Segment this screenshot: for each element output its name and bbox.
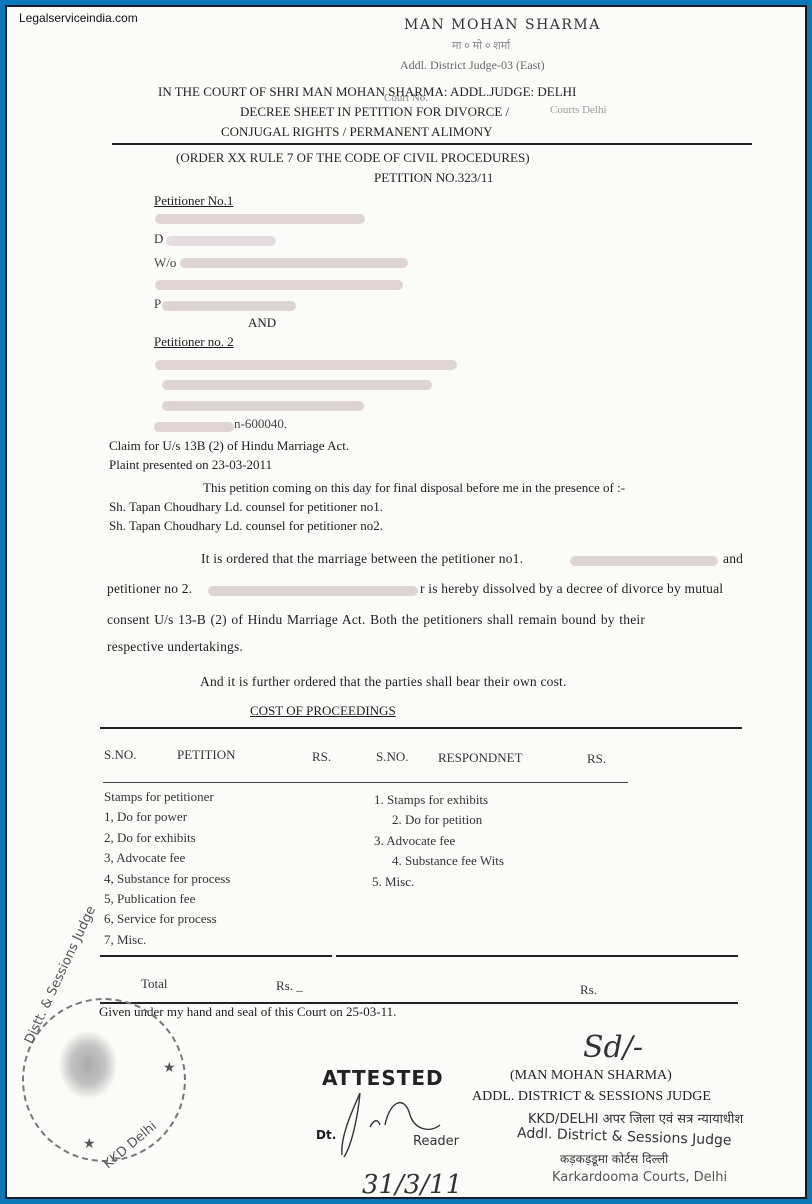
col-header-sno: S.NO.	[104, 747, 137, 763]
col-header-rs: RS.	[312, 749, 331, 765]
reader-signature	[330, 1085, 450, 1165]
redaction-mark	[162, 401, 364, 411]
cost-order: And it is further ordered that the parti…	[200, 674, 567, 690]
header-stamp-designation: Addl. District Judge-03 (East)	[400, 58, 545, 73]
petitioner2-label: Petitioner no. 2	[154, 334, 234, 350]
petition-cost-item: 5, Publication fee	[104, 891, 195, 907]
judge-designation: ADDL. DISTRICT & SESSIONS JUDGE	[472, 1089, 711, 1105]
redaction-mark	[166, 236, 276, 246]
redaction-mark	[155, 360, 457, 370]
total-rs-respondent: Rs.	[580, 982, 597, 998]
header-stamp-name: MAN MOHAN SHARMA	[404, 17, 601, 33]
petition-cost-item: 7, Misc.	[104, 932, 146, 948]
petition-cost-item: 6, Service for process	[104, 911, 217, 927]
judge-signature: Sd/-	[583, 1030, 643, 1065]
table-top-rule	[100, 727, 742, 729]
order-rule: (ORDER XX RULE 7 OF THE CODE OF CIVIL PR…	[176, 150, 530, 166]
judge-location-stamp: KKD/DELHI अपर जिला एवं सत्र न्यायाधीश	[528, 1109, 743, 1127]
redaction-mark	[154, 422, 234, 432]
relief-heading: CONJUGAL RIGHTS / PERMANENT ALIMONY	[221, 124, 493, 140]
judge-stamp-hindi: कड़कड़डूमा कोर्टस दिल्ली	[560, 1150, 668, 1167]
judge-name: (MAN MOHAN SHARMA)	[510, 1068, 672, 1084]
header-stamp-hindi: मा ० मो ० शर्मा	[452, 38, 510, 53]
order-line-1b: and	[723, 551, 743, 567]
national-emblem-icon	[58, 1030, 118, 1100]
petition-cost-item: 1, Do for power	[104, 809, 187, 825]
judge-stamp-court: Karkardooma Courts, Delhi	[552, 1170, 727, 1185]
col-header-sno-2: S.NO.	[376, 749, 409, 765]
col-header-rs-2: RS.	[587, 751, 606, 767]
judge-stamp-english: Addl. District & Sessions Judge	[517, 1125, 732, 1148]
redaction-mark	[162, 380, 432, 390]
order-line-1a: It is ordered that the marriage between …	[201, 551, 523, 567]
redaction-mark	[180, 258, 408, 268]
petition-cost-item: 3, Advocate fee	[104, 850, 185, 866]
col-header-petition: PETITION	[177, 747, 236, 763]
order-line-2a: petitioner no 2.	[107, 581, 192, 597]
order-line-2b: r is hereby dissolved by a decree of div…	[420, 581, 723, 597]
redaction-mark	[155, 280, 403, 290]
respondent-cost-item: 5. Misc.	[372, 874, 414, 890]
respondent-cost-item: 2. Do for petition	[392, 812, 482, 828]
order-line-3: consent U/s 13-B (2) of Hindu Marriage A…	[107, 612, 645, 628]
petition-cost-item: Stamps for petitioner	[104, 789, 214, 805]
attested-handwritten-date: 31/3/11	[362, 1170, 462, 1200]
order-line-4: respective undertakings.	[107, 639, 243, 655]
redaction-mark	[155, 214, 365, 224]
cost-title: COST OF PROCEEDINGS	[250, 703, 396, 719]
presence-intro: This petition coming on this day for fin…	[203, 480, 625, 496]
header-rule	[112, 143, 752, 145]
counsel-line-2: Sh. Tapan Choudhary Ld. counsel for peti…	[109, 518, 383, 534]
total-rs-petition: Rs. _	[276, 978, 303, 994]
redaction-mark	[570, 556, 718, 566]
total-label: Total	[141, 976, 168, 992]
table-bottom-rule-right	[336, 955, 738, 957]
respondent-cost-item: 4. Substance fee Wits	[392, 853, 504, 869]
petition-cost-item: 2, Do for exhibits	[104, 830, 196, 846]
redaction-mark	[208, 586, 418, 596]
col-header-respondent: RESPONDNET	[438, 750, 523, 766]
respondent-cost-item: 3. Advocate fee	[374, 833, 455, 849]
decree-document: Legalserviceindia.com MAN MOHAN SHARMA म…	[0, 0, 812, 1204]
header-stamp-delhi: Courts Delhi	[550, 104, 607, 116]
petition-cost-item: 4, Substance for process	[104, 871, 230, 887]
petitioner1-label: Petitioner No.1	[154, 193, 233, 209]
star-icon: ★	[83, 1136, 96, 1152]
court-heading: IN THE COURT OF SHRI MAN MOHAN SHARMA: A…	[158, 84, 576, 100]
claim-line: Claim for U/s 13B (2) of Hindu Marriage …	[109, 438, 349, 454]
and-separator: AND	[248, 315, 276, 331]
table-header-rule	[103, 782, 628, 783]
petition-number: PETITION NO.323/11	[374, 170, 493, 186]
table-bottom-rule-left	[100, 955, 332, 957]
watermark: Legalserviceindia.com	[19, 11, 138, 25]
decree-heading: DECREE SHEET IN PETITION FOR DIVORCE /	[240, 104, 509, 120]
counsel-line-1: Sh. Tapan Choudhary Ld. counsel for peti…	[109, 499, 383, 515]
reader-label: Reader	[413, 1134, 459, 1149]
star-icon: ★	[163, 1060, 176, 1076]
respondent-cost-item: 1. Stamps for exhibits	[374, 792, 488, 808]
plaint-line: Plaint presented on 23-03-2011	[109, 457, 272, 473]
redaction-mark	[162, 301, 296, 311]
